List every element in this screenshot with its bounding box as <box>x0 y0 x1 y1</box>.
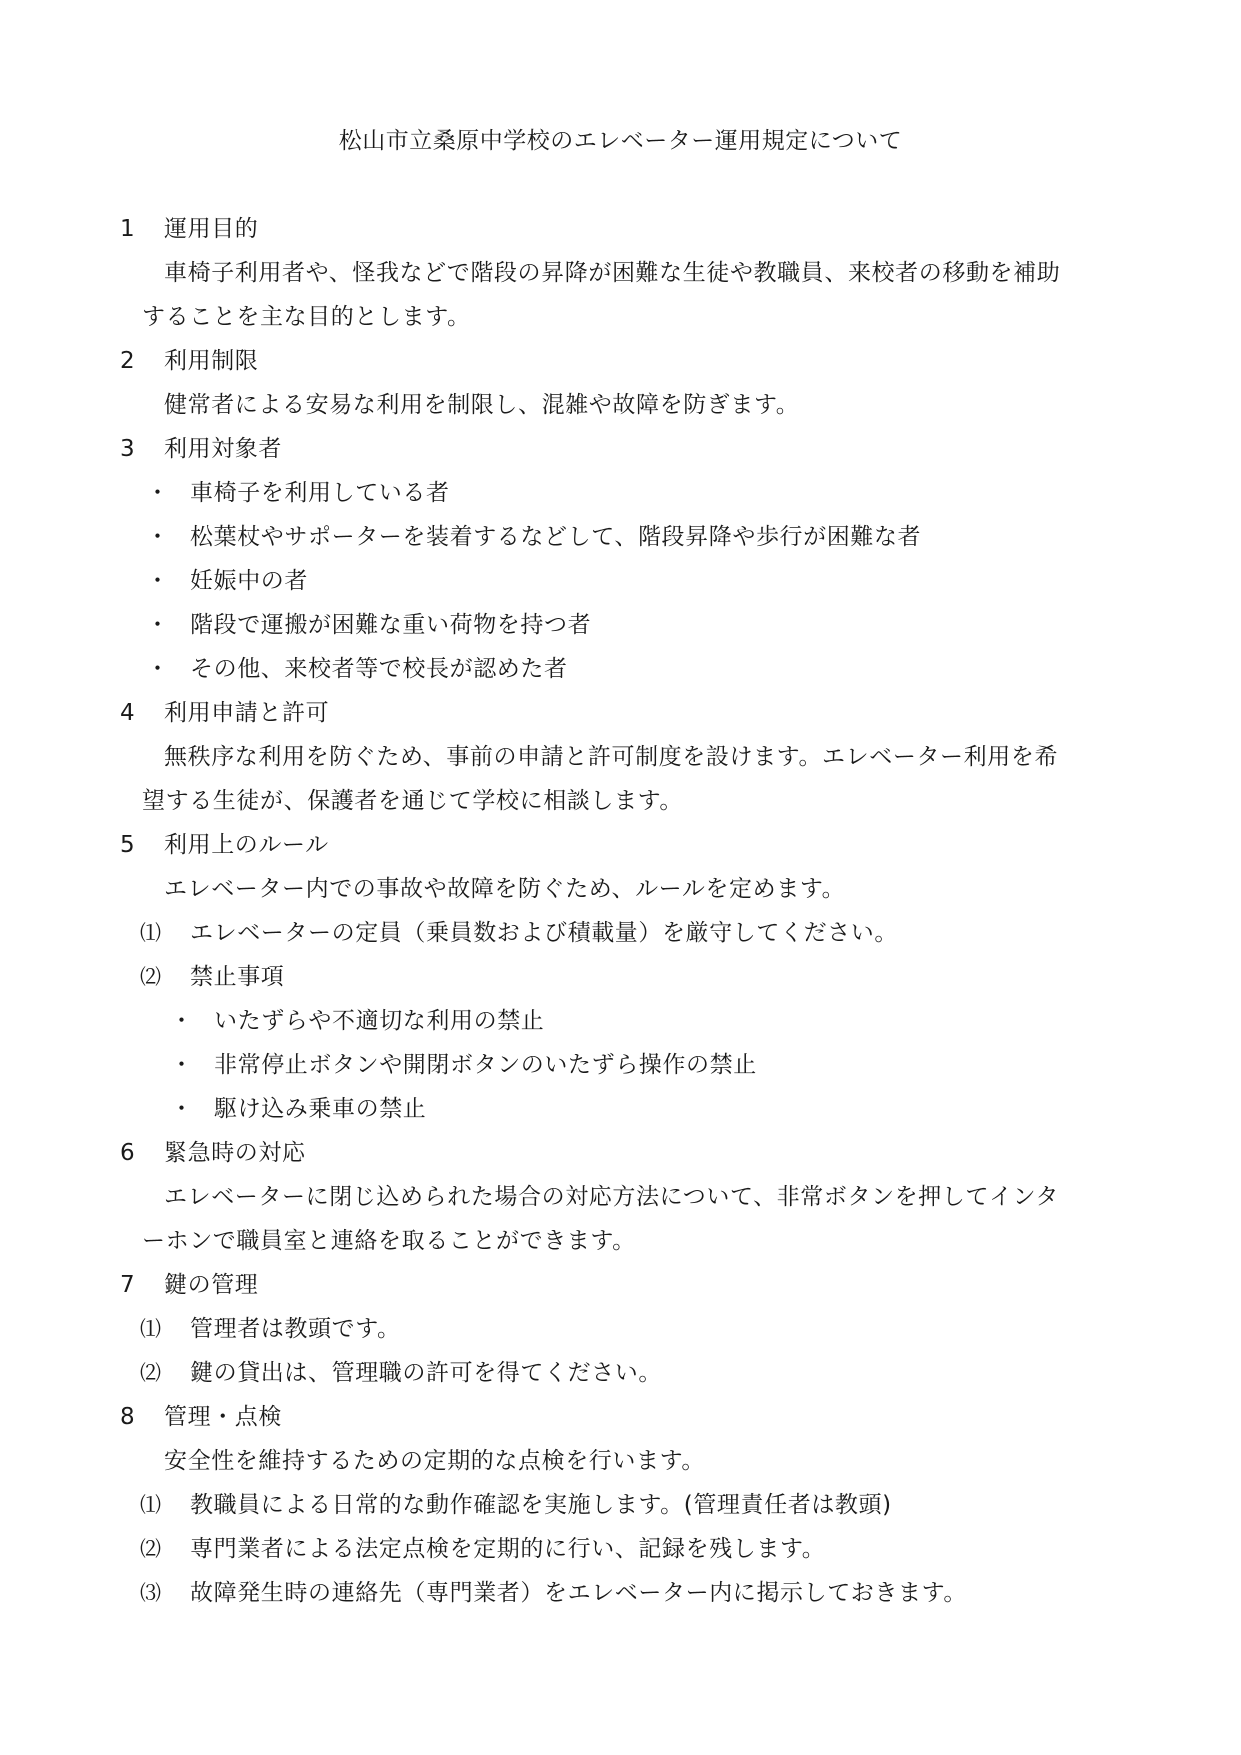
section-heading-3: 3利用対象者 <box>120 434 282 464</box>
section-number: 3 <box>120 434 164 464</box>
body-line: 無秩序な利用を防ぐため、事前の申請と許可制度を設けます。エレベーター利用を希 <box>164 742 1058 772</box>
numbered-item: ⑵禁止事項 <box>140 962 284 992</box>
bullet-icon: ・ <box>170 1006 214 1036</box>
section-heading-text: 利用制限 <box>164 348 258 374</box>
item-marker: ⑴ <box>140 1314 190 1344</box>
section-heading-1: 1運用目的 <box>120 214 258 244</box>
item-marker: ⑵ <box>140 1358 190 1388</box>
body-line: 健常者による安易な利用を制限し、混雑や故障を防ぎます。 <box>164 390 799 420</box>
section-number: 2 <box>120 346 164 376</box>
item-marker: ⑶ <box>140 1578 190 1608</box>
document-page: 松山市立桑原中学校のエレベーター運用規定について 1運用目的 車椅子利用者や、怪… <box>0 0 1241 1755</box>
numbered-item: ⑶故障発生時の連絡先（専門業者）をエレベーター内に掲示しておきます。 <box>140 1578 967 1608</box>
section-number: 1 <box>120 214 164 244</box>
section-heading-6: 6緊急時の対応 <box>120 1138 306 1168</box>
section-heading-text: 利用上のルール <box>164 832 329 858</box>
numbered-item: ⑴教職員による日常的な動作確認を実施します。(管理責任者は教頭) <box>140 1490 892 1520</box>
list-item: ・松葉杖やサポーターを装着するなどして、階段昇降や歩行が困難な者 <box>146 522 921 552</box>
body-line: エレベーター内での事故や故障を防ぐため、ルールを定めます。 <box>164 874 845 904</box>
section-heading-text: 緊急時の対応 <box>164 1140 306 1166</box>
list-item: ・車椅子を利用している者 <box>146 478 450 508</box>
list-item: ・妊娠中の者 <box>146 566 308 596</box>
section-number: 5 <box>120 830 164 860</box>
list-item: ・いたずらや不適切な利用の禁止 <box>170 1006 544 1036</box>
body-line: 車椅子利用者や、怪我などで階段の昇降が困難な生徒や教職員、来校者の移動を補助 <box>164 258 1060 288</box>
section-number: 7 <box>120 1270 164 1300</box>
section-number: 4 <box>120 698 164 728</box>
body-line: エレベーターに閉じ込められた場合の対応方法について、非常ボタンを押してインタ <box>164 1182 1059 1212</box>
section-heading-8: 8管理・点検 <box>120 1402 282 1432</box>
body-line: ーホンで職員室と連絡を取ることができます。 <box>142 1226 636 1256</box>
bullet-icon: ・ <box>146 610 190 640</box>
numbered-item: ⑵専門業者による法定点検を定期的に行い、記録を残します。 <box>140 1534 825 1564</box>
item-marker: ⑴ <box>140 1490 190 1520</box>
section-heading-text: 運用目的 <box>164 216 258 242</box>
numbered-item: ⑴エレベーターの定員（乗員数および積載量）を厳守してください。 <box>140 918 898 948</box>
list-item: ・その他、来校者等で校長が認めた者 <box>146 654 568 684</box>
list-item: ・非常停止ボタンや開閉ボタンのいたずら操作の禁止 <box>170 1050 757 1080</box>
numbered-item: ⑴管理者は教頭です。 <box>140 1314 401 1344</box>
bullet-icon: ・ <box>146 654 190 684</box>
section-heading-4: 4利用申請と許可 <box>120 698 329 728</box>
body-line: することを主な目的とします。 <box>142 302 471 332</box>
section-number: 8 <box>120 1402 164 1432</box>
section-number: 6 <box>120 1138 164 1168</box>
section-heading-5: 5利用上のルール <box>120 830 329 860</box>
section-heading-7: 7鍵の管理 <box>120 1270 258 1300</box>
section-heading-2: 2利用制限 <box>120 346 258 376</box>
document-title: 松山市立桑原中学校のエレベーター運用規定について <box>0 122 1241 155</box>
section-heading-text: 管理・点検 <box>164 1404 282 1430</box>
item-marker: ⑴ <box>140 918 190 948</box>
item-marker: ⑵ <box>140 962 190 992</box>
numbered-item: ⑵鍵の貸出は、管理職の許可を得てください。 <box>140 1358 662 1388</box>
bullet-icon: ・ <box>170 1094 214 1124</box>
section-heading-text: 利用対象者 <box>164 436 282 462</box>
body-line: 望する生徒が、保護者を通じて学校に相談します。 <box>142 786 683 816</box>
bullet-icon: ・ <box>146 566 190 596</box>
bullet-icon: ・ <box>146 478 190 508</box>
section-heading-text: 利用申請と許可 <box>164 700 329 726</box>
list-item: ・階段で運搬が困難な重い荷物を持つ者 <box>146 610 591 640</box>
bullet-icon: ・ <box>170 1050 214 1080</box>
section-heading-text: 鍵の管理 <box>164 1272 258 1298</box>
item-marker: ⑵ <box>140 1534 190 1564</box>
body-line: 安全性を維持するための定期的な点検を行います。 <box>164 1446 705 1476</box>
bullet-icon: ・ <box>146 522 190 552</box>
list-item: ・駆け込み乗車の禁止 <box>170 1094 426 1124</box>
